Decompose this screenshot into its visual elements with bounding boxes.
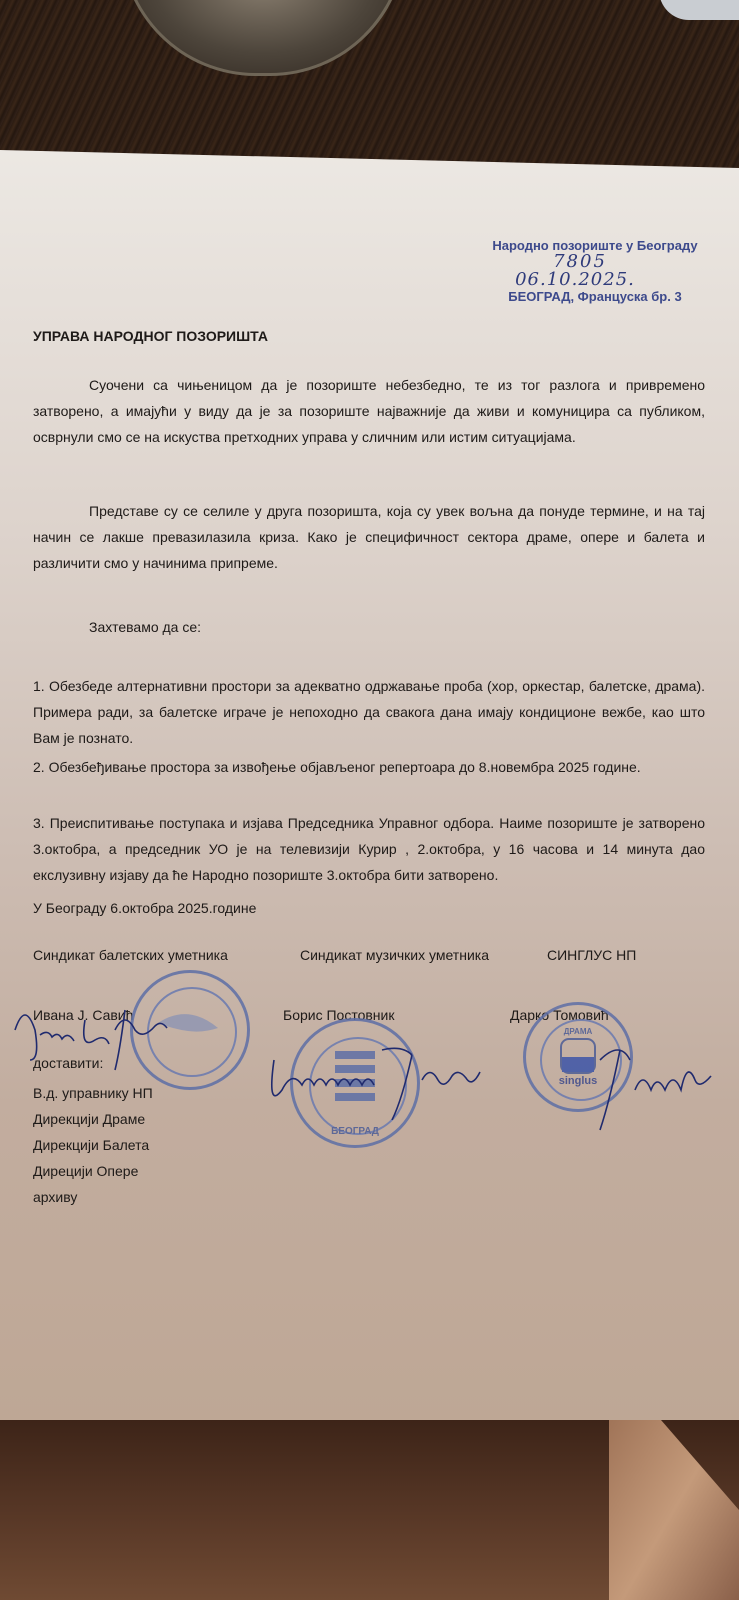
registry-stamp: Народно позориште у Београду 7805 06.10.… [470,238,720,304]
signatory-org-ballet: Синдикат балетских уметника [33,947,228,963]
recipient-item: Дирекцији Драме [33,1111,145,1127]
signature-singlus [580,1030,739,1140]
signatory-org-singlus: СИНГЛУС НП [547,947,636,963]
demand-3: 3. Преиспитивање поступака и изјава Пред… [33,810,705,888]
place-date: У Београду 6.октобра 2025.године [33,895,705,921]
letter-heading: УПРАВА НАРОДНОГ ПОЗОРИШТА [33,328,268,344]
recipient-item: В.д. управнику НП [33,1085,153,1101]
delivery-label: доставити: [33,1055,103,1071]
demand-2: 2. Обезбеђивање простора за извођење обј… [33,754,705,780]
signature-music [262,1030,502,1120]
paragraph-1: Суочени са чињеницом да је позориште неб… [33,372,705,450]
paragraph-2: Представе су се селиле у друга позоришта… [33,498,705,576]
recipient-item: Дирекцији Балета [33,1137,149,1153]
demand-1: 1. Обезбеде алтернативни простори за аде… [33,673,705,751]
paragraph-demand-intro: Захтевамо да се: [33,614,705,640]
signatory-org-music: Синдикат музичких уметника [300,947,489,963]
recipient-item: архиву [33,1189,77,1205]
letter-page: Народно позориште у Београду 7805 06.10.… [0,150,739,1422]
music-seal-city: БЕОГРАД [293,1126,417,1137]
registry-date: 06.10.2025. [430,271,720,289]
registry-address: БЕОГРАД, Француска бр. 3 [470,289,720,304]
recipient-item: Дирецији Опере [33,1163,138,1179]
